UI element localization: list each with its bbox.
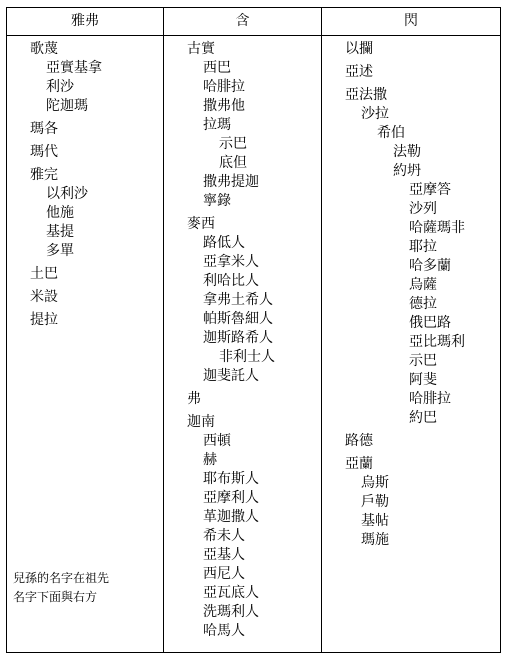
list-item: 耶布斯人 [187, 470, 317, 489]
name-group: 瑪各 [30, 120, 160, 139]
list-item: 希伯 [345, 124, 495, 143]
list-item: 迦斯路希人 [187, 329, 317, 348]
list-item: 瑪各 [30, 120, 160, 139]
list-item: 他施 [30, 204, 160, 223]
list-item: 以利沙 [30, 185, 160, 204]
column-divider [321, 8, 322, 652]
list-item: 利哈比人 [187, 272, 317, 291]
list-item: 弗 [187, 390, 317, 409]
name-group: 迦南西頓赫耶布斯人亞摩利人革迦撒人希未人亞基人西尼人亞瓦底人洗瑪利人哈馬人 [187, 413, 317, 641]
list-item: 多單 [30, 242, 160, 261]
list-item: 阿斐 [345, 371, 495, 390]
name-group: 路德 [345, 432, 495, 451]
list-item: 亞瓦底人 [187, 584, 317, 603]
list-item: 洗瑪利人 [187, 603, 317, 622]
list-item: 帕斯魯細人 [187, 310, 317, 329]
name-group: 米設 [30, 288, 160, 307]
header-japheth: 雅弗 [7, 8, 163, 35]
list-item: 赫 [187, 451, 317, 470]
list-item: 希未人 [187, 527, 317, 546]
list-item: 沙拉 [345, 105, 495, 124]
list-item: 哈腓拉 [187, 78, 317, 97]
column-ham: 古實西巴哈腓拉撒弗他拉瑪示巴底但撒弗提迦寧錄麥西路低人亞拿米人利哈比人拿弗土希人… [187, 36, 317, 652]
list-item: 沙列 [345, 200, 495, 219]
list-item: 耶拉 [345, 238, 495, 257]
name-group: 以攔 [345, 40, 495, 59]
list-item: 基提 [30, 223, 160, 242]
name-group: 亞蘭烏斯戶勒基帖瑪施 [345, 455, 495, 550]
list-item: 哈馬人 [187, 622, 317, 641]
list-item: 戶勒 [345, 493, 495, 512]
list-item: 示巴 [345, 352, 495, 371]
list-item: 西尼人 [187, 565, 317, 584]
list-item: 非利士人 [187, 348, 317, 367]
list-item: 亞拿米人 [187, 253, 317, 272]
name-group: 瑪代 [30, 143, 160, 162]
list-item: 法勒 [345, 143, 495, 162]
list-item: 陀迦瑪 [30, 97, 160, 116]
list-item: 亞法撒 [345, 86, 495, 105]
list-item: 土巴 [30, 265, 160, 284]
list-item: 西頓 [187, 432, 317, 451]
list-item: 約坍 [345, 162, 495, 181]
list-item: 古實 [187, 40, 317, 59]
list-item: 以攔 [345, 40, 495, 59]
note-line: 名字下面與右方 [13, 588, 109, 607]
name-group: 亞述 [345, 63, 495, 82]
list-item: 亞基人 [187, 546, 317, 565]
list-item: 瑪代 [30, 143, 160, 162]
list-item: 撒弗他 [187, 97, 317, 116]
list-item: 寧錄 [187, 192, 317, 211]
list-item: 亞摩利人 [187, 489, 317, 508]
column-japheth: 歌蔑亞實基拿利沙陀迦瑪瑪各瑪代雅完以利沙他施基提多單土巴米設提拉 [30, 36, 160, 652]
list-item: 哈腓拉 [345, 390, 495, 409]
list-item: 路低人 [187, 234, 317, 253]
list-item: 迦斐託人 [187, 367, 317, 386]
list-item: 迦南 [187, 413, 317, 432]
list-item: 革迦撒人 [187, 508, 317, 527]
list-item: 歌蔑 [30, 40, 160, 59]
list-item: 瑪施 [345, 531, 495, 550]
list-item: 哈薩瑪非 [345, 219, 495, 238]
column-divider [163, 8, 164, 652]
genealogy-table: 雅弗 含 閃 歌蔑亞實基拿利沙陀迦瑪瑪各瑪代雅完以利沙他施基提多單土巴米設提拉 … [6, 7, 501, 653]
name-group: 亞法撒沙拉希伯法勒約坍亞摩答沙列哈薩瑪非耶拉哈多蘭烏薩德拉俄巴路亞比瑪利示巴阿斐… [345, 86, 495, 428]
name-group: 麥西路低人亞拿米人利哈比人拿弗土希人帕斯魯細人迦斯路希人非利士人迦斐託人 [187, 215, 317, 386]
list-item: 俄巴路 [345, 314, 495, 333]
list-item: 亞摩答 [345, 181, 495, 200]
list-item: 亞實基拿 [30, 59, 160, 78]
name-group: 弗 [187, 390, 317, 409]
list-item: 示巴 [187, 135, 317, 154]
column-shem: 以攔亞述亞法撒沙拉希伯法勒約坍亞摩答沙列哈薩瑪非耶拉哈多蘭烏薩德拉俄巴路亞比瑪利… [345, 36, 495, 652]
list-item: 哈多蘭 [345, 257, 495, 276]
list-item: 西巴 [187, 59, 317, 78]
list-item: 德拉 [345, 295, 495, 314]
header-shem: 閃 [322, 8, 500, 35]
note-line: 兒孫的名字在祖先 [13, 569, 109, 588]
name-group: 古實西巴哈腓拉撒弗他拉瑪示巴底但撒弗提迦寧錄 [187, 40, 317, 211]
legend-note: 兒孫的名字在祖先 名字下面與右方 [13, 569, 109, 607]
list-item: 雅完 [30, 166, 160, 185]
list-item: 亞比瑪利 [345, 333, 495, 352]
list-item: 麥西 [187, 215, 317, 234]
name-group: 歌蔑亞實基拿利沙陀迦瑪 [30, 40, 160, 116]
list-item: 亞蘭 [345, 455, 495, 474]
list-item: 利沙 [30, 78, 160, 97]
list-item: 約巴 [345, 409, 495, 428]
list-item: 提拉 [30, 311, 160, 330]
name-group: 土巴 [30, 265, 160, 284]
name-group: 雅完以利沙他施基提多單 [30, 166, 160, 261]
list-item: 拿弗土希人 [187, 291, 317, 310]
list-item: 亞述 [345, 63, 495, 82]
list-item: 烏薩 [345, 276, 495, 295]
list-item: 拉瑪 [187, 116, 317, 135]
header-ham: 含 [164, 8, 321, 35]
name-group: 提拉 [30, 311, 160, 330]
list-item: 烏斯 [345, 474, 495, 493]
list-item: 米設 [30, 288, 160, 307]
table-header: 雅弗 含 閃 [7, 8, 500, 36]
list-item: 基帖 [345, 512, 495, 531]
list-item: 底但 [187, 154, 317, 173]
list-item: 路德 [345, 432, 495, 451]
list-item: 撒弗提迦 [187, 173, 317, 192]
